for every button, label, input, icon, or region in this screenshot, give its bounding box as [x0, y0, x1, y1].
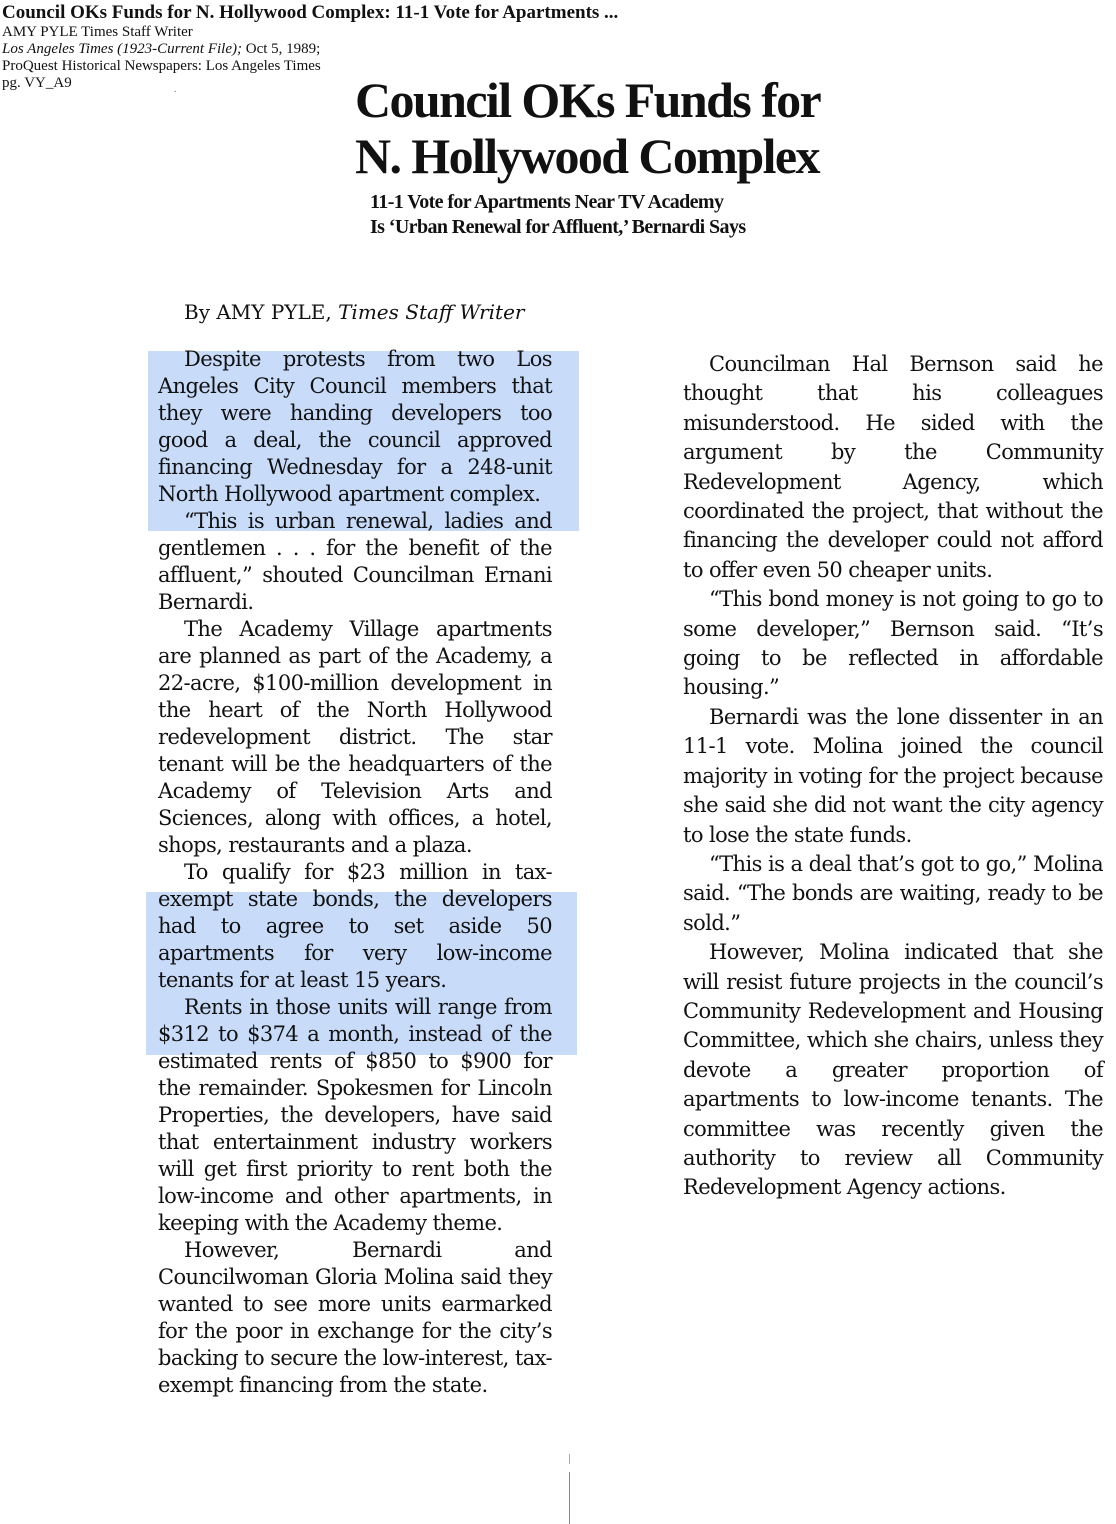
headline-line-1: Council OKs Funds for: [355, 72, 820, 128]
subhead-line-2: Is ‘Urban Renewal for Affluent,’ Bernard…: [370, 215, 746, 240]
paragraph: Despite protests from two Los Angeles Ci…: [158, 346, 552, 508]
article-headline: Council OKs Funds for N. Hollywood Compl…: [355, 72, 820, 184]
paragraph: “This is urban renewal, ladies and gentl…: [158, 508, 552, 616]
paragraph: “This is a deal that’s got to go,” Molin…: [683, 850, 1103, 938]
byline-role: Times Staff Writer: [338, 300, 524, 324]
paragraph: The Academy Village apartments are plann…: [158, 616, 552, 859]
paragraph: However, Molina indicated that she will …: [683, 938, 1103, 1203]
byline: By AMY PYLE, Times Staff Writer: [184, 300, 525, 324]
citation-date: Oct 5, 1989;: [242, 41, 320, 57]
paragraph: Bernardi was the lone dissenter in an 11…: [683, 703, 1103, 850]
byline-name: By AMY PYLE,: [184, 300, 332, 324]
paragraph: To qualify for $23 million in tax-exempt…: [158, 859, 552, 994]
citation-source-name: Los Angeles Times (1923-Current File);: [2, 41, 242, 57]
scan-artifact: .: [174, 84, 177, 95]
article-column-left: Despite protests from two Los Angeles Ci…: [158, 346, 552, 1399]
subhead-line-1: 11-1 Vote for Apartments Near TV Academy: [370, 190, 746, 215]
article-subhead: 11-1 Vote for Apartments Near TV Academy…: [370, 190, 746, 240]
paragraph: However, Bernardi and Councilwoman Glori…: [158, 1237, 552, 1399]
citation-author: AMY PYLE Times Staff Writer: [2, 24, 618, 41]
paragraph: “This bond money is not going to go to s…: [683, 585, 1103, 703]
citation-title: Council OKs Funds for N. Hollywood Compl…: [2, 2, 618, 24]
column-rule-fragment: [569, 1454, 570, 1464]
paragraph: Rents in those units will range from $31…: [158, 994, 552, 1237]
article-column-right: Councilman Hal Bernson said he thought t…: [683, 350, 1103, 1203]
headline-line-2: N. Hollywood Complex: [355, 128, 820, 184]
citation-source: Los Angeles Times (1923-Current File); O…: [2, 41, 618, 58]
column-rule: [569, 1472, 570, 1524]
paragraph: Councilman Hal Bernson said he thought t…: [683, 350, 1103, 585]
